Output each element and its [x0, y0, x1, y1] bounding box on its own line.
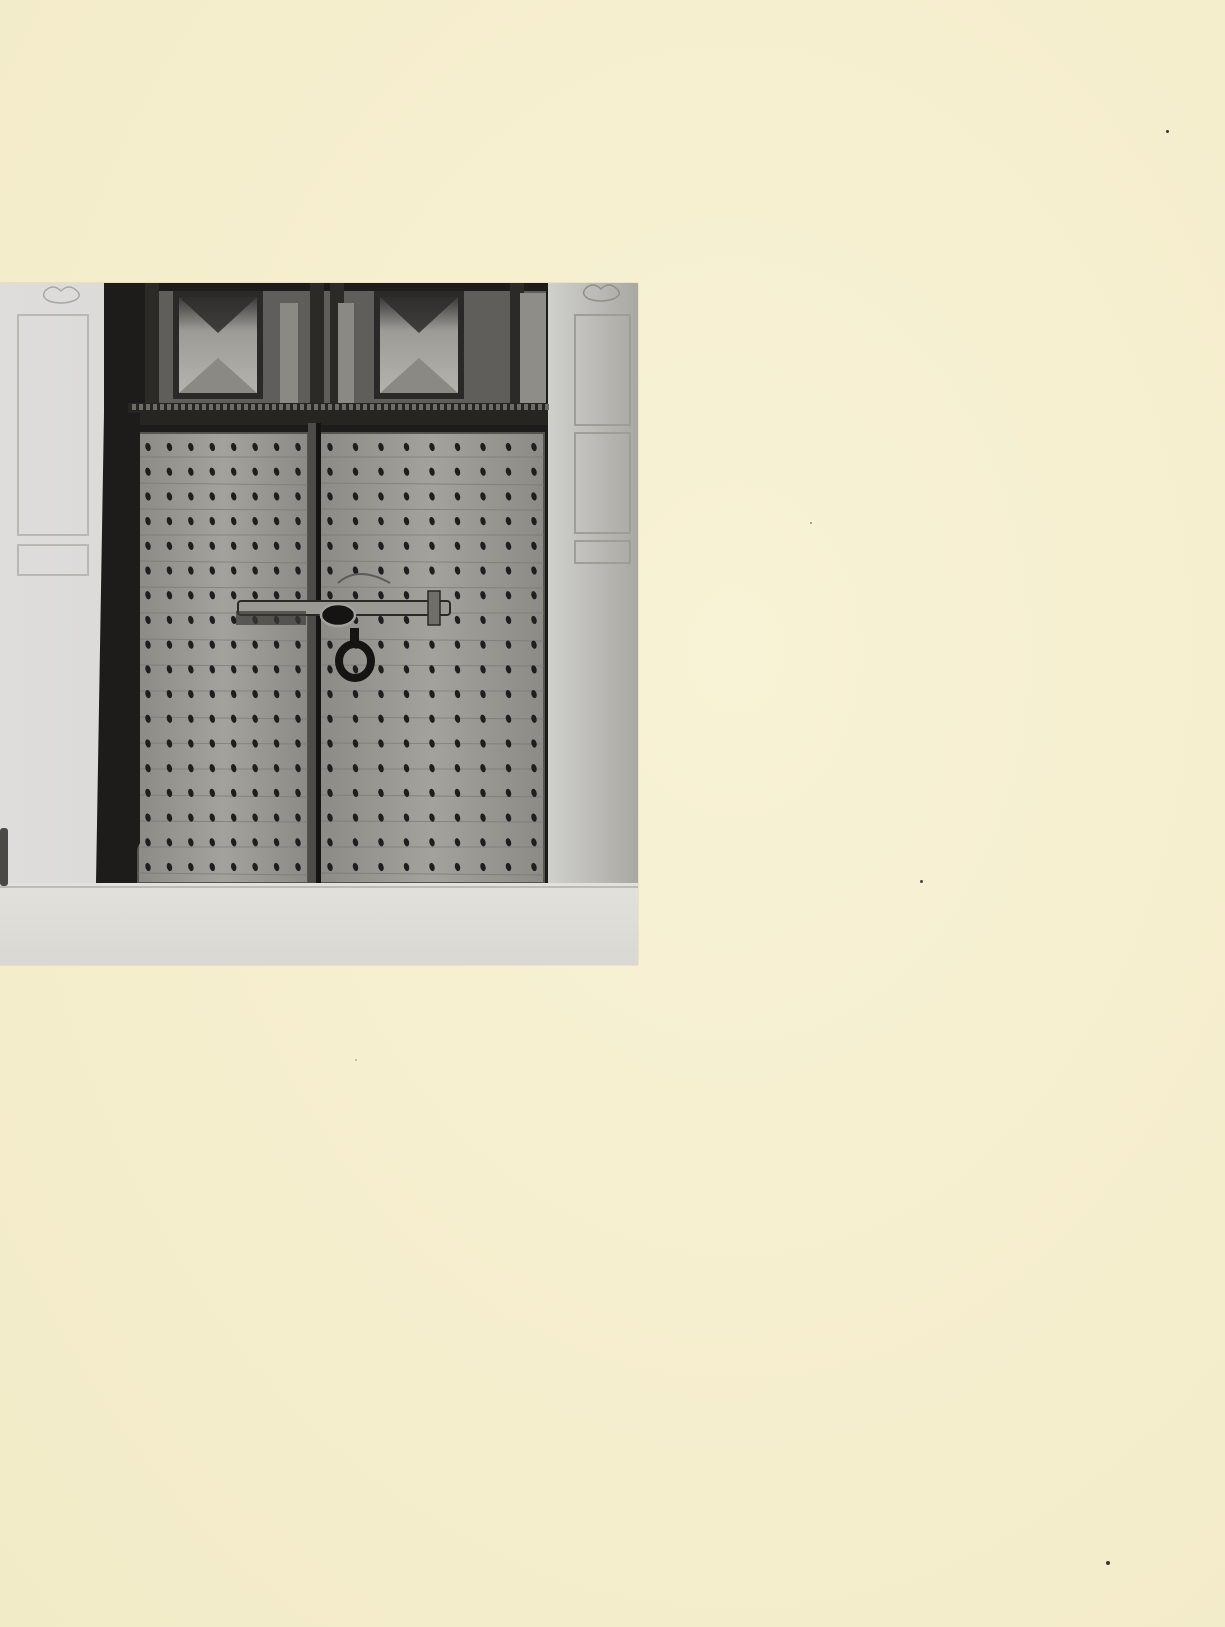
dentil-tooth	[517, 404, 521, 410]
dentil-tooth	[426, 404, 430, 410]
dentil-tooth	[328, 404, 332, 410]
dentil-tooth	[349, 404, 353, 410]
dentil-tooth	[391, 404, 395, 410]
dentil-tooth	[230, 404, 234, 410]
dentil-tooth	[321, 404, 325, 410]
dentil-tooth	[454, 404, 458, 410]
latch-bar-shadow	[236, 611, 306, 625]
dentil-tooth	[377, 404, 381, 410]
hasp-loop	[321, 604, 355, 626]
dentil-tooth	[146, 404, 150, 410]
dentil-tooth	[419, 404, 423, 410]
dentil-tooth	[405, 404, 409, 410]
dentil-tooth	[489, 404, 493, 410]
dentil-tooth	[482, 404, 486, 410]
center-gap-shadow	[316, 423, 321, 885]
dentil-tooth	[412, 404, 416, 410]
latch-keeper	[428, 591, 440, 625]
dentil-tooth	[496, 404, 500, 410]
dentil-tooth	[300, 404, 304, 410]
door-photograph	[0, 283, 638, 965]
dentil-tooth	[265, 404, 269, 410]
transom-post-1	[310, 283, 324, 413]
transom-board-left	[280, 303, 298, 408]
dentil-tooth	[314, 404, 318, 410]
dentil-tooth	[503, 404, 507, 410]
dentil-tooth	[440, 404, 444, 410]
dentil-tooth	[174, 404, 178, 410]
speck-right-center	[920, 880, 923, 883]
dentil-tooth	[370, 404, 374, 410]
dentil-tooth	[468, 404, 472, 410]
dentil-tooth	[286, 404, 290, 410]
dentil-tooth	[251, 404, 255, 410]
dentil-tooth	[181, 404, 185, 410]
ring-mount	[350, 628, 359, 644]
transom-board-right	[338, 303, 354, 408]
stucco-wall-right	[550, 283, 638, 923]
dentil-tooth	[153, 404, 157, 410]
dentil-tooth	[398, 404, 402, 410]
dentil-tooth	[188, 404, 192, 410]
speck-bottom-right	[1106, 1561, 1110, 1565]
speck-below-photo	[355, 1059, 357, 1061]
dentil-tooth	[216, 404, 220, 410]
dentil-tooth	[272, 404, 276, 410]
dentil-tooth	[202, 404, 206, 410]
dentil-tooth	[433, 404, 437, 410]
dentil-tooth	[209, 404, 213, 410]
transom-post-0	[145, 283, 159, 413]
dentil-tooth	[335, 404, 339, 410]
dentil-tooth	[139, 404, 143, 410]
speck-top-right	[1166, 130, 1169, 133]
dentil-tooth	[307, 404, 311, 410]
figure-sliver	[0, 828, 8, 886]
dentil-tooth	[447, 404, 451, 410]
dentil-tooth	[384, 404, 388, 410]
dentil-tooth	[195, 404, 199, 410]
dentil-tooth	[475, 404, 479, 410]
dentil-tooth	[244, 404, 248, 410]
dentil-tooth	[510, 404, 514, 410]
dentil-tooth	[237, 404, 241, 410]
dentil-tooth	[356, 404, 360, 410]
left-leaf	[138, 433, 308, 883]
transom-board-far-right	[520, 293, 546, 411]
threshold-step	[0, 883, 638, 965]
dentil-tooth	[167, 404, 171, 410]
dentil-tooth	[132, 404, 136, 410]
archival-page	[0, 0, 1225, 1627]
door-photograph-canvas	[0, 283, 638, 965]
dentil-tooth	[279, 404, 283, 410]
dentil-tooth	[531, 404, 535, 410]
dentil-tooth	[545, 404, 549, 410]
dentil-tooth	[524, 404, 528, 410]
speck-mid-right	[810, 522, 812, 524]
dentil-tooth	[160, 404, 164, 410]
dentil-tooth	[538, 404, 542, 410]
dentil-tooth	[363, 404, 367, 410]
dentil-tooth	[342, 404, 346, 410]
dentil-tooth	[258, 404, 262, 410]
dentil-tooth	[293, 404, 297, 410]
dentil-tooth	[461, 404, 465, 410]
dentil-tooth	[223, 404, 227, 410]
